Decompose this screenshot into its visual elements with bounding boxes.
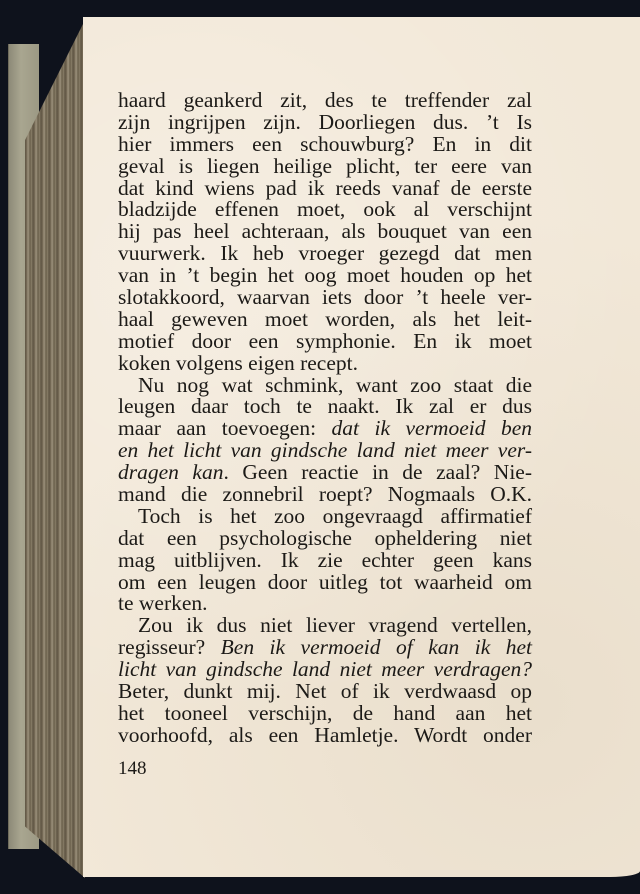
text-run: . Geen reactie in de zaal? Nie- bbox=[223, 460, 532, 484]
page-stack-edges bbox=[25, 20, 85, 878]
text-line: om een leugen door uitleg tot waarheid o… bbox=[118, 572, 532, 594]
text-run: regisseur? bbox=[118, 635, 221, 659]
text-line: motief door een symphonie. En ik moet bbox=[118, 331, 532, 353]
text-line: zijn ingrijpen zijn. Doorliegen dus. ’t … bbox=[118, 112, 532, 134]
text-line: van in ’t begin het oog moet houden op h… bbox=[118, 265, 532, 287]
text-line: te werken. bbox=[118, 593, 532, 615]
page-number: 148 bbox=[118, 758, 147, 780]
text-line: hier immers een schouwburg? En in dit bbox=[118, 134, 532, 156]
text-line: haal geweven moet worden, als het leit- bbox=[118, 309, 532, 331]
text-line: dragen kan. Geen reactie in de zaal? Nie… bbox=[118, 462, 532, 484]
text-line: dat kind wiens pad ik reeds vanaf de eer… bbox=[118, 178, 532, 200]
italic-text-line: licht van gindsche land niet meer verdra… bbox=[118, 659, 532, 681]
paragraph-start-line: Zou ik dus niet liever vragend vertellen… bbox=[118, 615, 532, 637]
text-line: geval is liegen heilige plicht, ter eere… bbox=[118, 156, 532, 178]
text-line: maar aan toevoegen: dat ik vermoeid ben bbox=[118, 418, 532, 440]
italic-text-run: dragen kan bbox=[118, 460, 223, 484]
text-line: haard geankerd zit, des te treffender za… bbox=[118, 90, 532, 112]
italic-text-line: en het licht van gindsche land niet meer… bbox=[118, 440, 532, 462]
paragraph-start-line: Toch is het zoo ongevraagd affirmatief bbox=[118, 506, 532, 528]
text-line: bladzijde effenen moet, ook al verschijn… bbox=[118, 199, 532, 221]
text-line: hij pas heel achteraan, als bouquet van … bbox=[118, 221, 532, 243]
text-run: maar aan toevoegen: bbox=[118, 416, 332, 440]
text-line: mand die zonnebril roept? Nogmaals O.K. bbox=[118, 484, 532, 506]
text-line: Beter, dunkt mij. Net of ik verdwaasd op bbox=[118, 681, 532, 703]
italic-text-run: Ben ik vermoeid of kan ik het bbox=[221, 635, 532, 659]
text-line: leugen daar toch te naakt. Ik zal er dus bbox=[118, 396, 532, 418]
page-text-block: haard geankerd zit, des te treffender za… bbox=[118, 90, 532, 747]
italic-text-run: dat ik vermoeid ben bbox=[332, 416, 532, 440]
text-line: mag uitblijven. Ik zie echter geen kans bbox=[118, 550, 532, 572]
text-line: slotakkoord, waarvan iets door ’t heele … bbox=[118, 287, 532, 309]
text-line: vuurwerk. Ik heb vroeger gezegd dat men bbox=[118, 243, 532, 265]
text-line: voorhoofd, als een Hamletje. Wordt onder bbox=[118, 725, 532, 747]
text-line: regisseur? Ben ik vermoeid of kan ik het bbox=[118, 637, 532, 659]
text-line: koken volgens eigen recept. bbox=[118, 353, 532, 375]
text-line: dat een psychologische opheldering niet bbox=[118, 528, 532, 550]
text-line: het tooneel verschijn, de hand aan het bbox=[118, 703, 532, 725]
paragraph-start-line: Nu nog wat schmink, want zoo staat die bbox=[118, 375, 532, 397]
